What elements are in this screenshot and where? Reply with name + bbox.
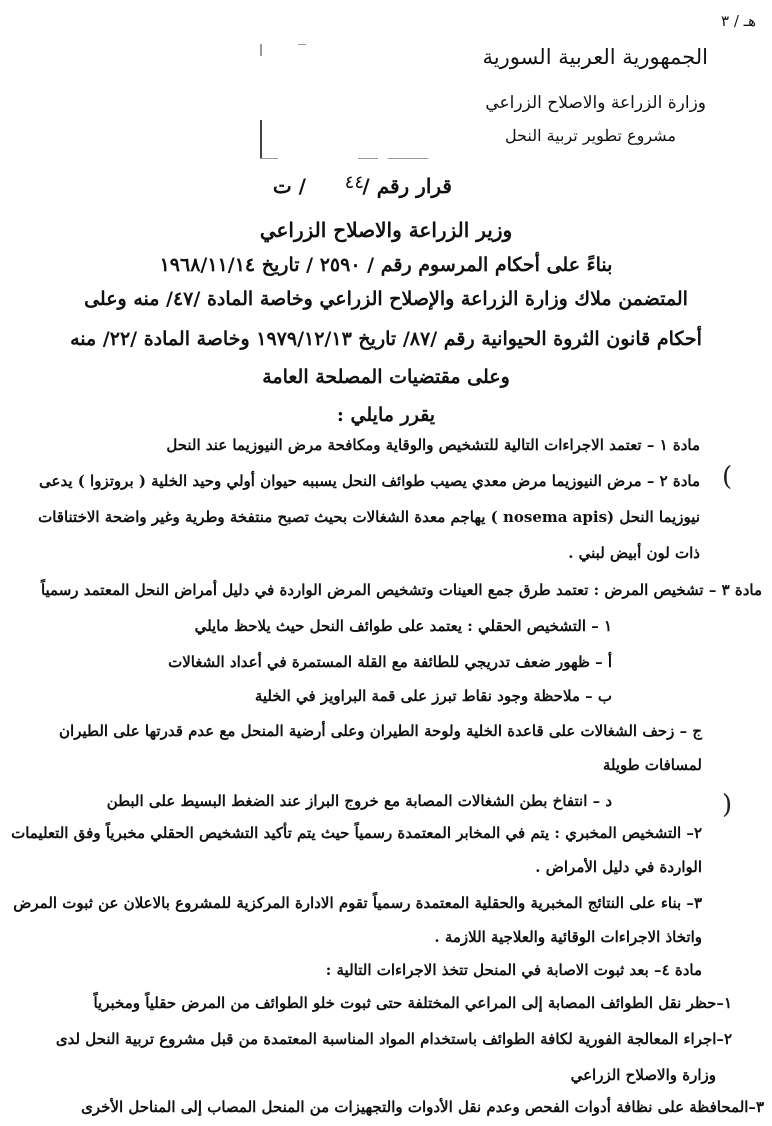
decision-label: قرار رقم / [362,176,452,196]
stamp-artifact [258,40,428,160]
article-3-item: واتخاذ الاجراءات الوقائية والعلاجية اللا… [434,930,702,945]
ministry-name: وزارة الزراعة والاصلاح الزراعي [485,95,706,112]
country-name: الجمهورية العربية السورية [482,47,708,68]
article-3-item: ٢– التشخيص المخبري : يتم في المخابر المع… [11,826,702,841]
preamble-line: المتضمن ملاك وزارة الزراعة والإصلاح الزر… [0,290,772,309]
article-4-item: وزارة والاصلاح الزراعي [571,1068,716,1083]
article-3-subitem: ب – ملاحظة وجود نقاط تبرز على قمة البراو… [255,689,612,704]
article-3-item: الواردة في دليل الأمراض . [535,860,702,875]
article-3-item: ٣– بناء على النتائج المخبرية والحقلية ال… [13,896,702,911]
margin-bracket-mark: ) [722,790,732,820]
article-2-line: ذات لون أبيض لبني . [568,546,700,561]
article-4-item: ١–حظر نقل الطوائف المصابة إلى المراعي ال… [93,996,732,1011]
article-4-item: ٣–المحافظة على نظافة أدوات الفحص وعدم نق… [81,1100,764,1115]
corner-mark: هـ / ٣ [721,14,756,29]
article-3-subitem: لمسافات طويلة [603,758,702,773]
article-2-line: مادة ٢ – مرض النيوزيما مرض معدي يصيب طوا… [39,474,700,489]
article-4: مادة ٤– بعد ثبوت الاصابة في المنحل تتخذ … [326,963,702,978]
project-name: مشروع تطوير تربية النحل [505,128,676,144]
preamble-line: أحكام قانون الثروة الحيوانية رقم /٨٧/ تا… [0,330,772,349]
preamble-line: بناءً على أحكام المرسوم رقم / ٢٥٩٠ / تار… [0,256,772,275]
article-3-item: ١ – التشخيص الحقلي : يعتمد على طوائف الن… [195,619,612,634]
issuer-title: وزير الزراعة والاصلاح الزراعي [0,220,772,240]
preamble-line: وعلى مقتضيات المصلحة العامة [0,368,772,387]
article-3-subitem: ج – زحف الشغالات على قاعدة الخلية ولوحة … [59,724,702,739]
article-3-line: مادة ٣ – تشخيص المرض : تعتمد طرق جمع الع… [41,583,762,598]
margin-bracket-mark: ( [722,462,732,492]
article-4-item: ٢–اجراء المعالجة الفورية لكافة الطوائف ب… [56,1032,732,1047]
article-3-subitem: د – انتفاخ بطن الشغالات المصابة مع خروج … [107,794,612,809]
decision-number: ٤٤ [345,174,364,192]
decides-heading: يقرر مايلي : [0,406,772,425]
article-2-line: نيوزيما النحل (nosema apis ) يهاجم معدة … [38,510,700,525]
article-3-subitem: أ – ظهور ضعف تدريجي للطائفة مع القلة الم… [168,655,612,670]
article-1: مادة ١ – تعتمد الاجراءات التالية للتشخيص… [166,438,700,453]
decision-suffix: / ت [273,176,306,196]
